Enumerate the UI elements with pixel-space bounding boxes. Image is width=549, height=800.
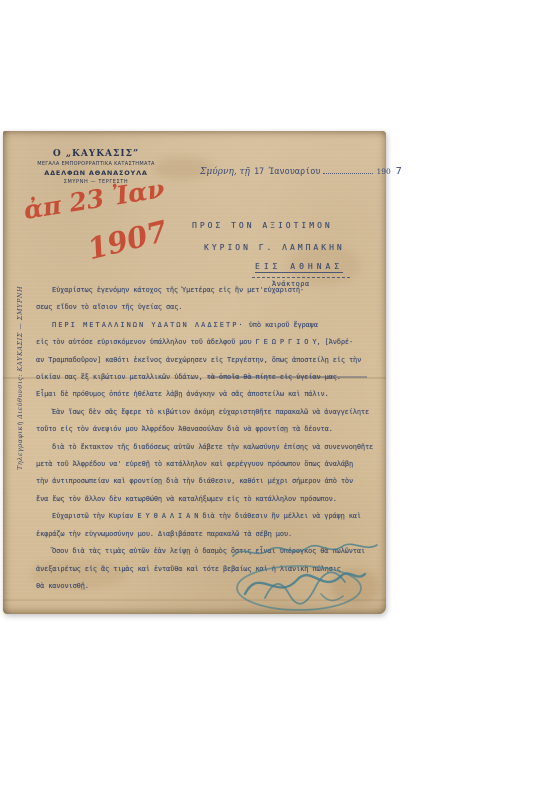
recipient-salutation: ΠΡΟΣ ΤΟΝ ΑΞΙΟΤΙΜΟΝ <box>192 221 333 230</box>
body-line: Εὐχαριστῶ τὴν Κυρίαν Ε Υ Θ Α Λ Ι Α Ν διὰ… <box>36 508 388 525</box>
letterhead-firm-name: ΑΔΕΛΦΩΝ ΑΘΑΝΑΣΟΥΛΑ <box>29 169 163 177</box>
body-line: σεως εἴδον τὸ αἴσιον τῆς ὑγείας σας. <box>36 299 388 316</box>
date-place-printed: Σμύρνη, τῇ <box>200 167 250 177</box>
body-line: τοῦτο εἰς τὸν ἀνεψιόν μου Ἀλφρέδον Ἀθανα… <box>36 421 388 438</box>
letterhead-subtitle: ΜΕΓΑΛΑ ΕΜΠΟΡΟΡΡΑΠΤΙΚΑ ΚΑΤΑΣΤΗΜΑΤΑ <box>29 161 163 167</box>
paper: Ο „ΚΑΥΚΑΣΙΣ” ΜΕΓΑΛΑ ΕΜΠΟΡΟΡΡΑΠΤΙΚΑ ΚΑΤΑΣ… <box>3 131 386 614</box>
dashed-underline <box>252 277 350 278</box>
date-year-typed: 7 <box>396 166 402 177</box>
body-line: Εἶμαι δὲ πρόθυμος ὁπότε ἠθέλατε λάβῃ ἀνά… <box>36 386 388 403</box>
body-line: Ἐὰν ἴσως δὲν σᾶς ἔφερε τὸ κιβώτιον ἀκόμη… <box>36 404 388 421</box>
body-line: αν Τραμπαδοῦρον] καθότι ἐκεῖνος ἀνεχώρησ… <box>36 352 388 369</box>
body-line: ΠΕΡΙ ΜΕΤΑΛΛΙΝΩΝ ΥΔΑΤΩΝ ΛΑΔΣΕΤΡ· ὑπὸ καιρ… <box>36 317 388 334</box>
signature-and-stamp <box>225 536 390 612</box>
body-line: μετὰ τοῦ Ἀλφρέδου να' εὑρεθῇ τὸ κατάλληλ… <box>36 456 388 473</box>
telegraphic-address-caption: Τηλεγραφικὴ Διεύθυνσις: ΚΑΥΚΑΣΙΣ — ΣΜΥΡΝ… <box>16 278 28 470</box>
red-received-note-line2: 1907 <box>84 214 171 267</box>
date-typed: 17 Ἰανουαρίου <box>254 167 321 177</box>
scan-background: Ο „ΚΑΥΚΑΣΙΣ” ΜΕΓΑΛΑ ΕΜΠΟΡΟΡΡΑΠΤΙΚΑ ΚΑΤΑΣ… <box>0 0 549 800</box>
recipient-name: ΚΥΡΙΟΝ Γ. ΛΑΜΠΑΚΗΝ <box>204 243 345 252</box>
body-line: εἰς τὸν αὐτόσε εὑρισκόμενον ὑπάλληλον το… <box>36 334 388 351</box>
recipient-city: ΕΙΣ ΑΘΗΝΑΣ <box>255 262 343 273</box>
body-line: ἕνα ἕως τὸν ἄλλον δὲν κατωρθώθη νὰ καταλ… <box>36 491 388 508</box>
body-line: διὰ τὸ ἔκτακτον τῆς διαδόσεως αὐτῶν λάβε… <box>36 439 388 456</box>
date-line: Σμύρνη, τῇ 17 Ἰανουαρίου 190 7 <box>200 164 402 177</box>
body-line: Εὐχαρίστως ἐγενόμην κάτοχος τῆς Ὑμετέρας… <box>36 282 388 299</box>
body-line: οἰκίαν σας ἓξ κιβώτιον μεταλλικῶν ὑδάτων… <box>36 369 388 386</box>
dotted-leader <box>323 164 373 174</box>
letterhead-title: Ο „ΚΑΥΚΑΣΙΣ” <box>29 149 163 159</box>
body-line: τὴν ἀντιπροσωπείαν καὶ φροντίσῃ διὰ τὴν … <box>36 473 388 490</box>
date-century-printed: 190 <box>376 167 390 176</box>
